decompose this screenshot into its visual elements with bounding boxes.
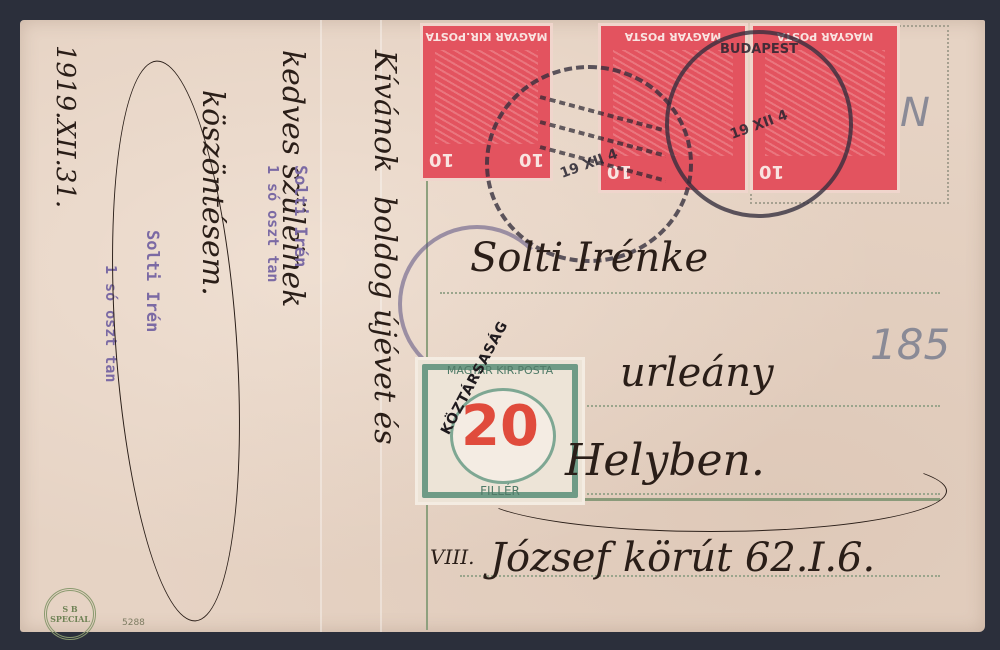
typed-class-stamp: 1 só oszt tan bbox=[264, 165, 282, 282]
message-line-1: Kívánok boldog újévet és bbox=[367, 50, 402, 445]
postcard: 1919.XII.31. Kívánok boldog újévet és ke… bbox=[20, 20, 985, 632]
publisher-logo: S B SPECIAL bbox=[44, 588, 96, 640]
address-rule bbox=[580, 405, 940, 407]
pencil-note: N bbox=[900, 90, 930, 136]
fold-crease bbox=[320, 20, 322, 632]
stamp-currency: FILLÉR bbox=[418, 484, 582, 498]
postmark: BUDAPEST 19 XII 4 bbox=[665, 30, 853, 218]
address-line-3: Helyben. bbox=[565, 435, 765, 486]
message-text: Kívánok bbox=[367, 50, 402, 172]
postmark-city: BUDAPEST bbox=[669, 42, 849, 57]
print-number: 5288 bbox=[122, 618, 145, 628]
stamp-value: 10 bbox=[429, 149, 454, 170]
address-line-1: Solti Irénke bbox=[470, 235, 708, 281]
postmark: 19 XII 4 bbox=[485, 65, 693, 263]
stamp-inscription: MAGYAR KIR.POSTA bbox=[418, 364, 582, 377]
address-line-4: József körút 62.I.6. bbox=[490, 535, 875, 581]
typed-name-stamp: Solti Irén bbox=[290, 165, 310, 267]
message-text: boldog újévet és bbox=[367, 196, 402, 445]
postage-due-stamp: MAGYAR KIR.POSTA 20 KÖZTÁRSASÁG FILLÉR bbox=[415, 357, 585, 505]
message-date: 1919.XII.31. bbox=[50, 45, 80, 208]
stamp-inscription: MAGYAR KIR.POSTA bbox=[423, 30, 550, 43]
address-district: VIII. bbox=[430, 545, 475, 569]
postmark-date: 19 XII 4 bbox=[672, 86, 847, 163]
pencil-note: 185 bbox=[870, 320, 950, 369]
ink-flourish bbox=[96, 56, 257, 625]
address-line-2: urleány bbox=[620, 350, 774, 396]
